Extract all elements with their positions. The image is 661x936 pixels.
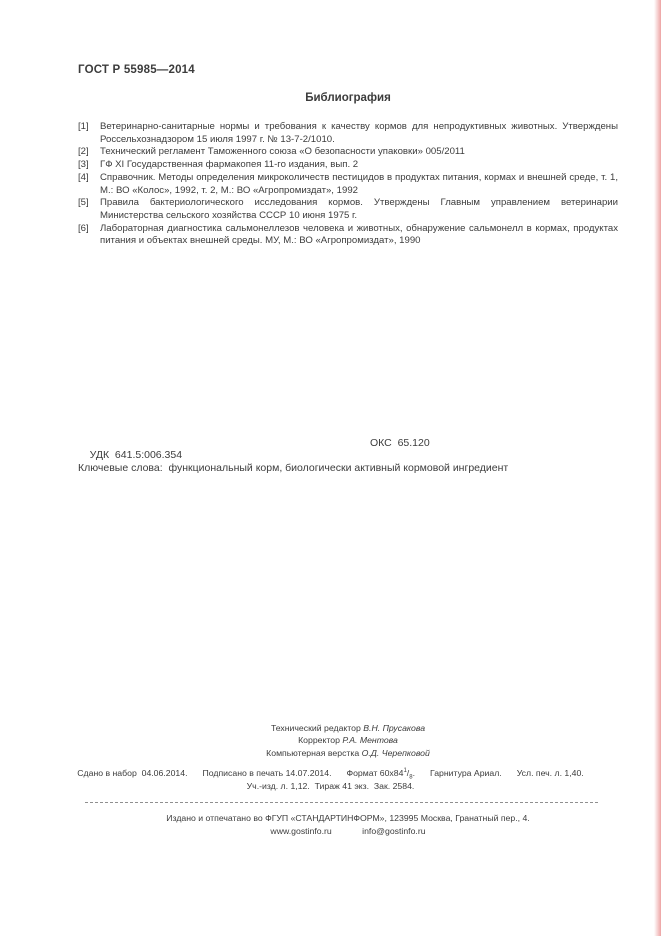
- publisher-line: Издано и отпечатано во ФГУП «СТАНДАРТИНФ…: [78, 812, 618, 825]
- staff-role: Технический редактор: [271, 723, 361, 733]
- classification-row: УДК 641.5:006.354 ОКС 65.120: [78, 437, 618, 485]
- oks-code: ОКС 65.120: [370, 437, 430, 449]
- bibliography-item-number: [1]: [78, 121, 100, 146]
- editorial-staff-block: Технический редактор В.Н. Прусакова Корр…: [78, 722, 618, 759]
- bibliography-item: [2] Технический регламент Таможенного со…: [78, 146, 618, 159]
- colophon-divider-rule: [85, 802, 598, 803]
- publisher-contacts: www.gostinfo.ru info@gostinfo.ru: [78, 825, 618, 838]
- bibliography-item: [4] Справочник. Методы определения микро…: [78, 172, 618, 197]
- imprint-format: Формат 60х841/8.: [347, 767, 415, 780]
- staff-line: Технический редактор В.Н. Прусакова: [78, 722, 618, 734]
- staff-name: В.Н. Прусакова: [363, 723, 425, 733]
- imprint-typeface: Гарнитура Ариал.: [430, 767, 502, 780]
- imprint-submitted: Сдано в набор 04.06.2014.: [77, 767, 187, 780]
- staff-line: Корректор Р.А. Ментова: [78, 734, 618, 746]
- bibliography-item: [6] Лабораторная диагностика сальмонелле…: [78, 223, 618, 248]
- bibliography-item-number: [5]: [78, 197, 100, 222]
- bibliography-item-number: [2]: [78, 146, 100, 159]
- bibliography-item-text: ГФ XI Государственная фармакопея 11-го и…: [100, 159, 618, 172]
- publisher-email: info@gostinfo.ru: [362, 826, 425, 836]
- bibliography-item: [1] Ветеринарно-санитарные нормы и требо…: [78, 121, 618, 146]
- staff-name: Р.А. Ментова: [342, 735, 397, 745]
- page-edge-stripe: [654, 0, 661, 936]
- keywords-line: Ключевые слова: функциональный корм, био…: [78, 462, 618, 474]
- bibliography-item-text: Правила бактериологического исследования…: [100, 197, 618, 222]
- staff-role: Компьютерная верстка: [266, 748, 359, 758]
- publisher-website: www.gostinfo.ru: [270, 826, 331, 836]
- bibliography-item: [3] ГФ XI Государственная фармакопея 11-…: [78, 159, 618, 172]
- imprint-signed: Подписано в печать 14.07.2014.: [203, 767, 332, 780]
- section-title: Библиография: [78, 92, 618, 104]
- bibliography-item-number: [4]: [78, 172, 100, 197]
- bibliography-item-number: [3]: [78, 159, 100, 172]
- imprint-line-1: Сдано в набор 04.06.2014. Подписано в пе…: [40, 767, 621, 780]
- imprint-cond-sheets: Усл. печ. л. 1,40.: [517, 767, 584, 780]
- bibliography-item-text: Ветеринарно-санитарные нормы и требовани…: [100, 121, 618, 146]
- bibliography-item-text: Технический регламент Таможенного союза …: [100, 146, 618, 159]
- bibliography-item-number: [6]: [78, 223, 100, 248]
- staff-line: Компьютерная верстка О.Д. Черепковой: [78, 747, 618, 759]
- publisher-block: Издано и отпечатано во ФГУП «СТАНДАРТИНФ…: [78, 812, 618, 837]
- bibliography-item-text: Справочник. Методы определения микроколи…: [100, 172, 618, 197]
- bibliography-item: [5] Правила бактериологического исследов…: [78, 197, 618, 222]
- bibliography-item-text: Лабораторная диагностика сальмонеллезов …: [100, 223, 618, 248]
- document-page: ГОСТ Р 55985—2014 Библиография [1] Ветер…: [0, 0, 661, 936]
- staff-name: О.Д. Черепковой: [362, 748, 430, 758]
- staff-role: Корректор: [298, 735, 340, 745]
- document-number: ГОСТ Р 55985—2014: [78, 64, 195, 76]
- bibliography-list: [1] Ветеринарно-санитарные нормы и требо…: [78, 121, 618, 248]
- imprint-line-2: Уч.-изд. л. 1,12. Тираж 41 экз. Зак. 258…: [40, 780, 621, 793]
- imprint-block: Сдано в набор 04.06.2014. Подписано в пе…: [40, 767, 621, 792]
- udk-code: УДК 641.5:006.354: [90, 449, 182, 461]
